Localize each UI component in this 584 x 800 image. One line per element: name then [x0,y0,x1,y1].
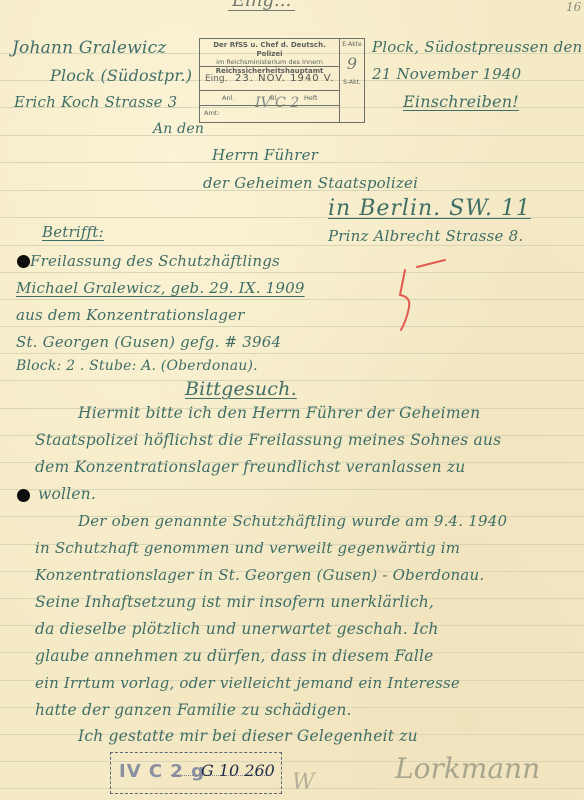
ruled-line [0,135,584,136]
recipient-city: in Berlin. SW. 11 [328,196,531,221]
stamp-received-label: Eing. [205,74,227,84]
stamp-side-top: E-Akte [341,41,363,49]
document-page: Eing... 16 Johann Gralewicz Plock (Südos… [0,0,584,800]
stamp-side-mark: 9 [341,49,363,79]
place-line: Plock, Südostpreussen den [372,38,582,56]
ruled-line [0,272,584,273]
stamp-received-date: 23. NOV. 1940 V. [235,67,335,91]
sender-name: Johann Gralewicz [12,38,166,58]
subject-label: Betrifft: [42,223,104,241]
subject-line: St. Georgen (Gusen) gefg. # 3964 [16,333,281,351]
stamp-label-amt: Amt: [204,106,220,121]
date-line: 21 November 1940 [372,65,521,83]
body-line: ein Irrtum vorlag, oder vielleicht jeman… [35,674,460,692]
file-stamp-code: IV C 2 g [119,761,205,782]
sender-street: Erich Koch Strasse 3 [14,93,177,111]
pencil-signature: Lorkmann [395,752,540,785]
body-line: Seine Inhaftsetzung ist mir insofern une… [35,593,434,611]
stamp-label-heft: Heft [304,91,318,106]
stamp-side-bottom: S-Akt. [341,79,363,87]
salutation: An den [153,121,204,137]
file-number-stamp: IV C 2 g G 10 260 [110,752,282,794]
body-line: glaube annehmen zu dürfen, dass in diese… [35,647,434,665]
pencil-initial: W [292,770,315,795]
body-line: Ich gestatte mir bei dieser Gelegenheit … [78,727,418,745]
body-line: da dieselbe plötzlich und unerwartet ges… [35,620,439,638]
stamp-label-anl: Anl. [222,91,234,106]
sender-city: Plock (Südostpr.) [50,66,192,85]
body-line: Staatspolizei höflichst die Freilassung … [35,431,501,449]
body-line: Konzentrationslager in St. Georgen (Guse… [35,566,484,584]
page-number-mark: 16 [566,0,581,14]
subject-line: Michael Gralewicz, geb. 29. IX. 1909 [16,279,305,297]
ruled-line [0,299,584,300]
punch-hole [17,489,30,502]
ruled-line [0,326,584,327]
stamp-header-line1: Der RfSS u. Chef d. Deutsch. Polizei [200,41,339,58]
top-cut-heading: Eing... [228,0,295,11]
stamp-received-row: Eing. 23. NOV. 1940 V. [200,67,339,91]
body-line: hatte der ganzen Familie zu schädigen. [35,701,352,719]
ruled-line [0,245,584,246]
stamp-header: Der RfSS u. Chef d. Deutsch. Polizei im … [200,39,339,67]
subject-line: Freilassung des Schutzhäftlings [30,252,280,270]
letter-title: Bittgesuch. [185,378,297,400]
punch-hole [17,255,30,268]
body-line: Hiermit bitte ich den Herrn Führer der G… [78,404,480,422]
ruled-line [0,353,584,354]
stamp-side-panel: E-Akte 9 S-Akt. [341,39,363,122]
body-line: Der oben genannte Schutzhäftling wurde a… [78,512,507,530]
red-pencil-annotation [397,255,457,335]
body-line: dem Konzentrationslager freundlichst ver… [35,458,465,476]
recipient-title: Herrn Führer [212,146,318,164]
file-stamp-number: G 10 260 [201,761,275,780]
recipient-agency: der Geheimen Staatspolizei [203,174,418,192]
subject-line: aus dem Konzentrationslager [16,306,245,324]
stamp-handwritten-note: IV C 2 [255,95,299,111]
body-line: in Schutzhaft genommen und verweilt gege… [35,539,460,557]
stamp-header-line2: im Reichsministerium des Innern [200,58,339,67]
recipient-street: Prinz Albrecht Strasse 8. [328,227,523,245]
subject-line: Block: 2 . Stube: A. (Oberdonau). [16,358,258,374]
body-line: wollen. [38,485,96,503]
delivery-note: Einschreiben! [403,92,519,111]
receipt-stamp: Der RfSS u. Chef d. Deutsch. Polizei im … [199,38,365,123]
